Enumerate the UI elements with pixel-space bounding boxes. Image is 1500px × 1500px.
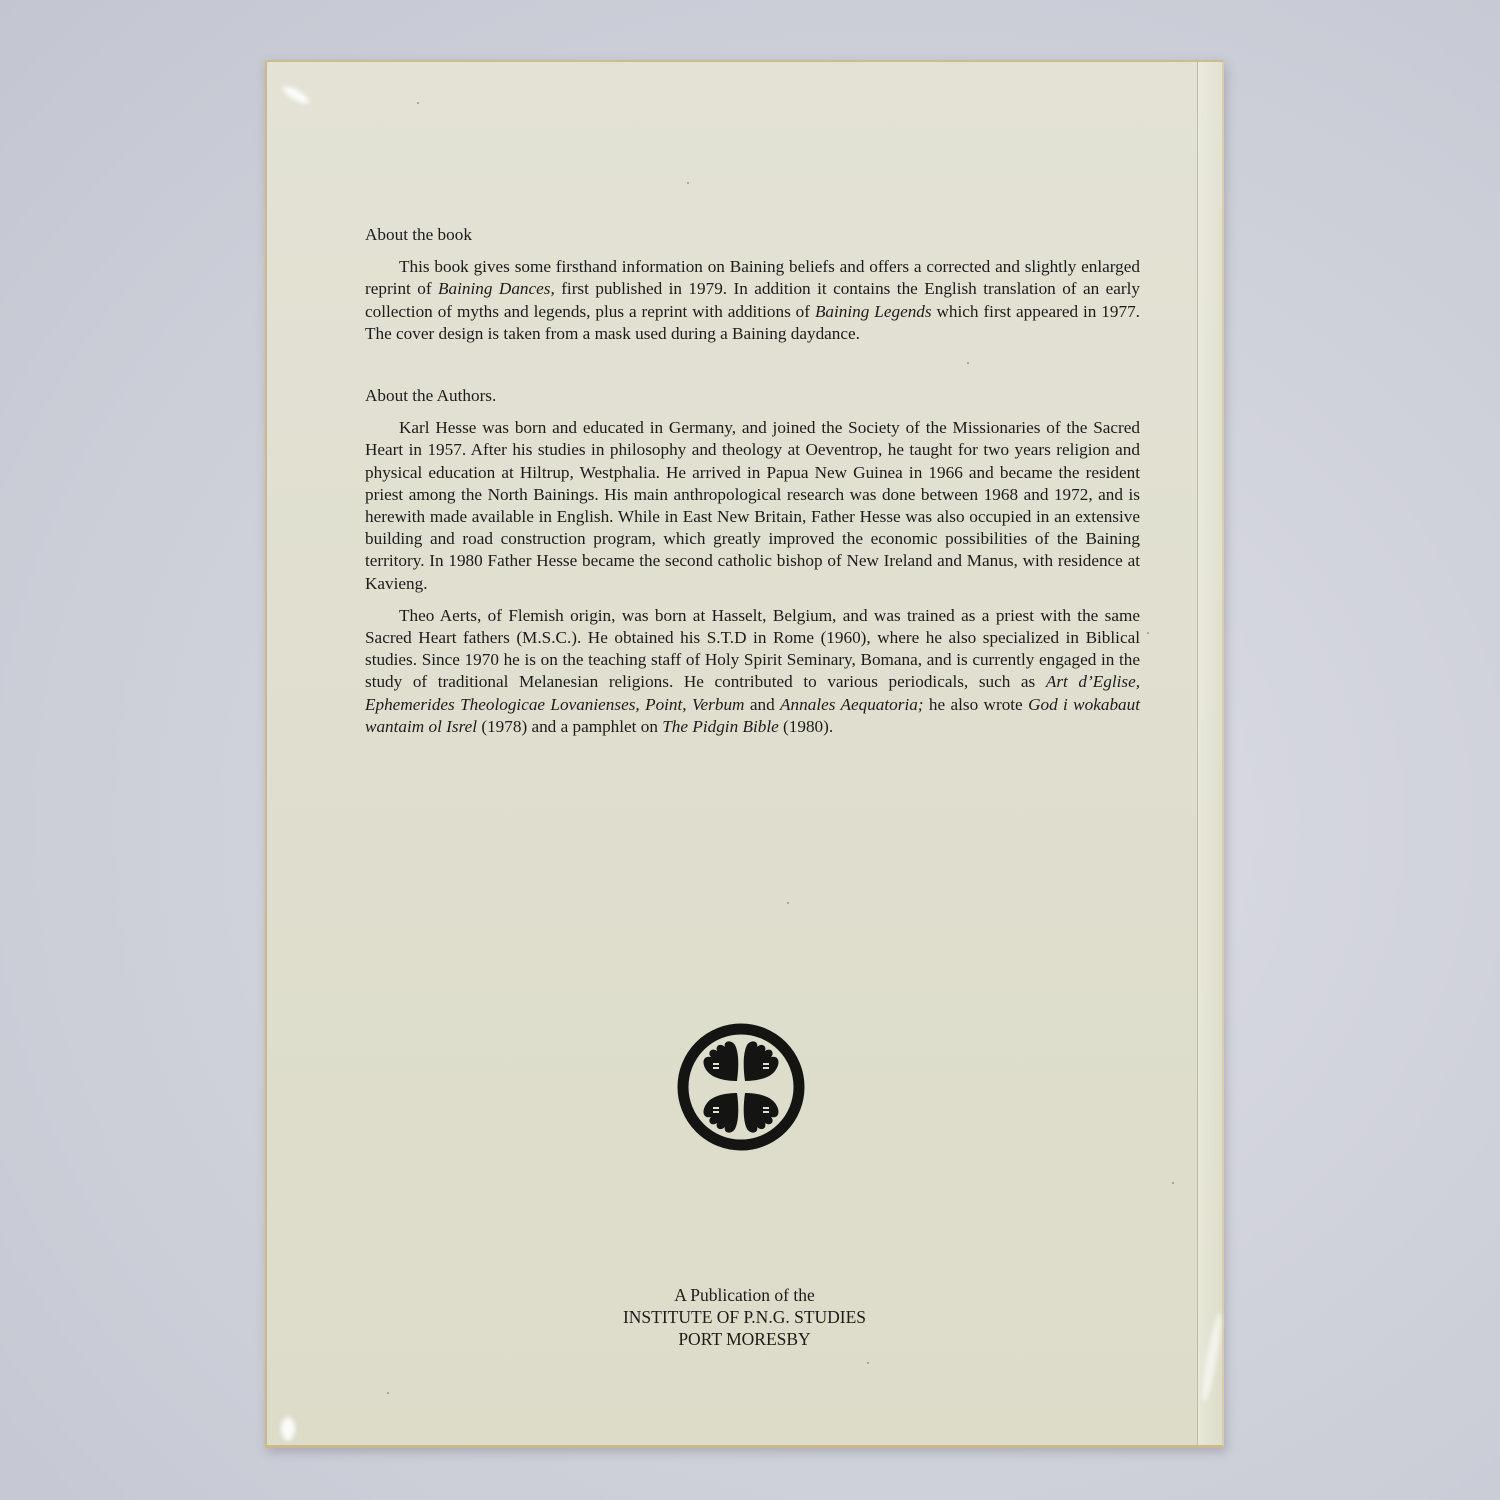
- speck: [1147, 632, 1149, 634]
- publisher-imprint: A Publication of the INSTITUTE OF P.N.G.…: [267, 1284, 1222, 1350]
- publisher-line-2: INSTITUTE OF P.N.G. STUDIES: [267, 1306, 1222, 1328]
- speck: [787, 902, 789, 904]
- baining-mask-roundel-icon: [677, 1023, 805, 1151]
- italic-title: The Pidgin Bible: [662, 717, 778, 736]
- text-run: he also wrote: [924, 695, 1029, 714]
- book-back-cover: About the book This book gives some firs…: [265, 60, 1224, 1448]
- spine-strip: [1198, 62, 1224, 1445]
- text-run: (1980).: [779, 717, 833, 736]
- plastic-glare: [281, 1417, 295, 1441]
- about-book-paragraph: This book gives some firsthand informati…: [365, 256, 1140, 345]
- publisher-line-3: PORT MORESBY: [267, 1328, 1222, 1350]
- text-run: (1978) and a pamphlet on: [477, 717, 662, 736]
- speck: [967, 362, 969, 364]
- plastic-glare: [281, 83, 312, 107]
- hesse-paragraph: Karl Hesse was born and educated in Germ…: [365, 417, 1140, 595]
- speck: [867, 1362, 869, 1364]
- italic-title: Baining Dances,: [438, 279, 555, 298]
- about-book-heading: About the book: [365, 224, 1140, 246]
- text-run: and: [744, 695, 780, 714]
- about-authors-section: About the Authors. Karl Hesse was born a…: [365, 385, 1140, 738]
- text-run: Theo Aerts, of Flemish origin, was born …: [365, 606, 1140, 692]
- aerts-paragraph: Theo Aerts, of Flemish origin, was born …: [365, 605, 1140, 738]
- publisher-line-1: A Publication of the: [267, 1284, 1222, 1306]
- speck: [687, 182, 689, 184]
- speck: [417, 102, 419, 104]
- about-book-section: About the book This book gives some firs…: [365, 224, 1140, 345]
- about-authors-heading: About the Authors.: [365, 385, 1140, 407]
- italic-title: Baining Legends: [815, 302, 932, 321]
- speck: [387, 1392, 389, 1394]
- italic-title: Annales Aequatoria;: [780, 695, 924, 714]
- speck: [1172, 1182, 1174, 1184]
- spine-fold-line: [1197, 62, 1198, 1445]
- blurb-text: About the book This book gives some firs…: [365, 224, 1140, 748]
